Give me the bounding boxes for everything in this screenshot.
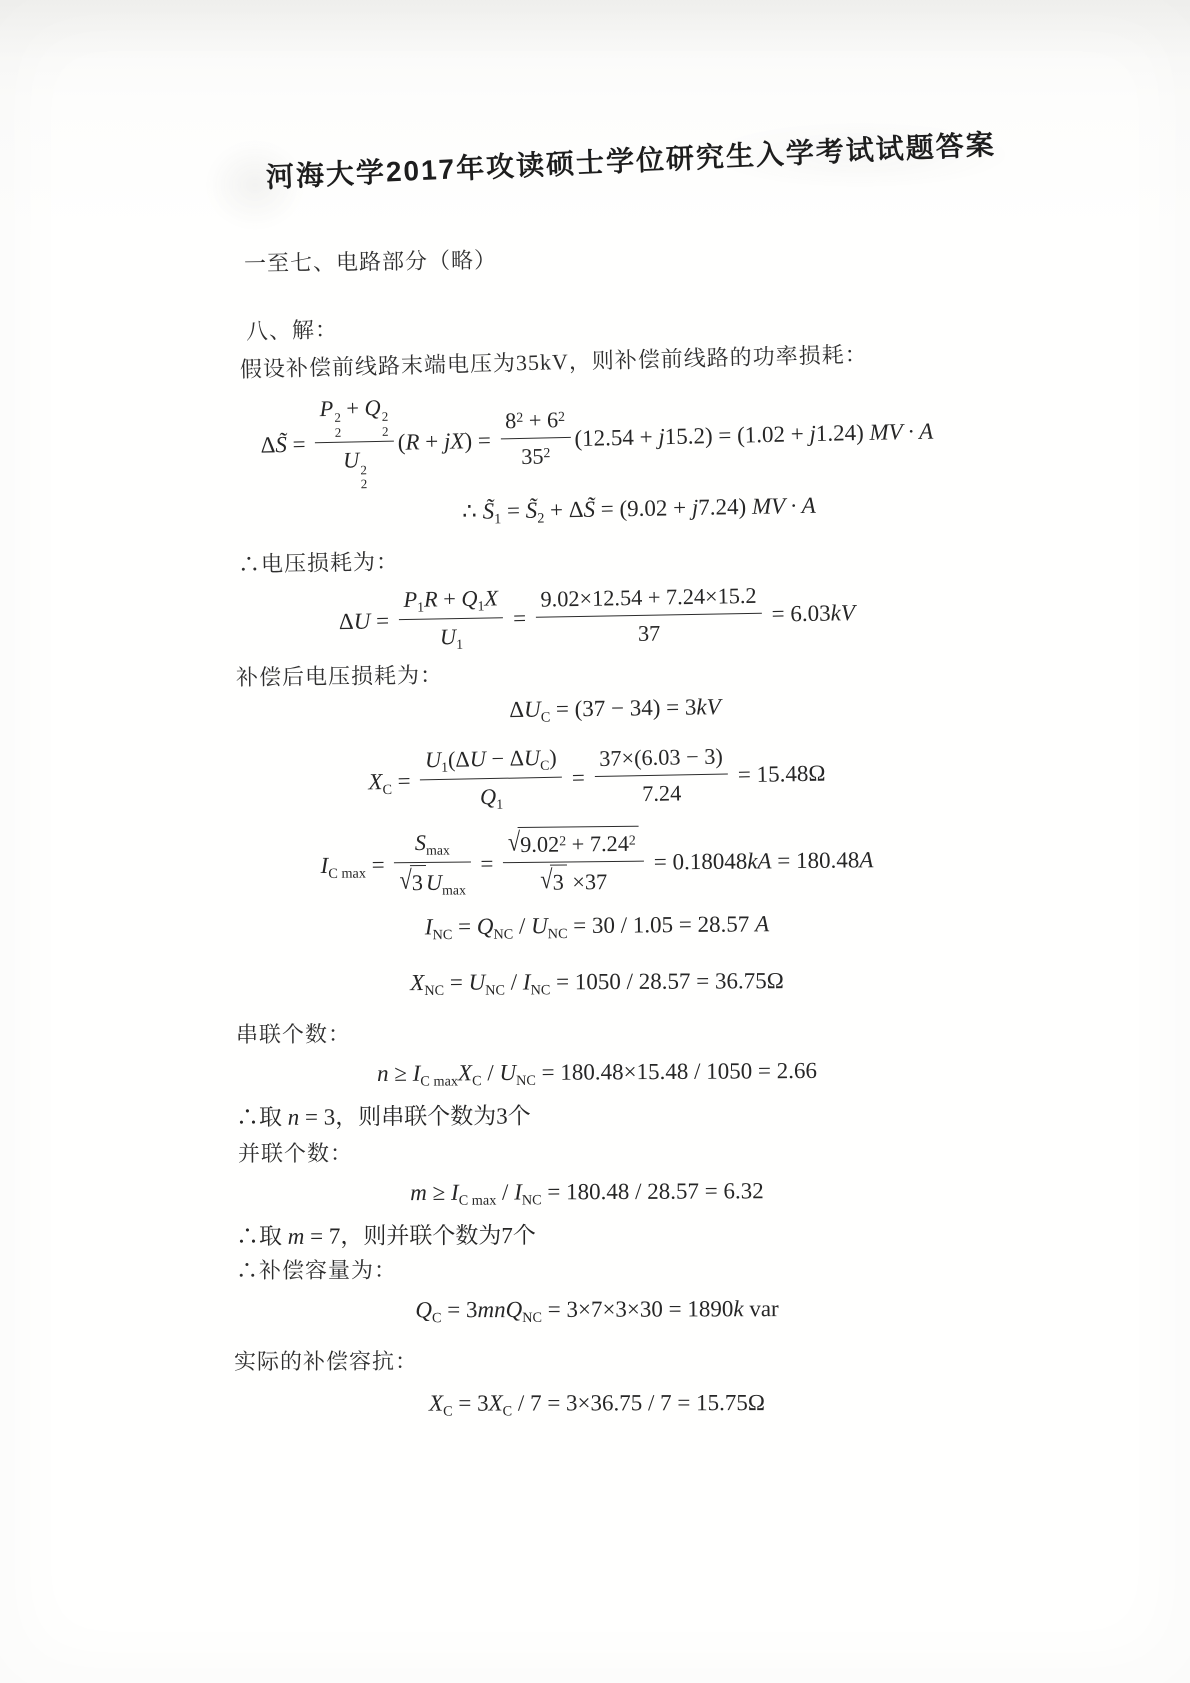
doc-line-f6: IC max = Smax√3Umax = √9.022 + 7.242√3 ×…	[232, 824, 963, 905]
doc-line-f10: m ≥ IC max / INC = 180.48 / 28.57 = 6.32	[222, 1174, 952, 1213]
doc-line-actual: 实际的补偿容抗：	[234, 1345, 962, 1378]
doc-line-f8: XNC = UNC / INC = 1050 / 28.57 = 36.75Ω	[232, 964, 962, 1003]
document-content: 河海大学2017年攻读硕士学位研究生入学考试试题答案 一至七、电路部分（略）八、…	[232, 136, 962, 1423]
doc-line-vloss: ∴电压损耗为：	[238, 535, 962, 581]
doc-line-capacity: ∴补偿容量为：	[236, 1253, 962, 1287]
doc-line-take-n: ∴取 n = 3，则串联个数为3个	[236, 1098, 962, 1134]
scanned-exam-answer-page: 河海大学2017年攻读硕士学位研究生入学考试试题答案 一至七、电路部分（略）八、…	[0, 0, 1190, 1683]
doc-line-take-m: ∴取 m = 7，则并联个数为7个	[236, 1219, 962, 1254]
doc-line-f7: INC = QNC / UNC = 30 / 1.05 = 28.57 A	[232, 907, 962, 948]
doc-line-part1to7: 一至七、电路部分（略）	[244, 238, 962, 280]
doc-line-parallel: 并联个数：	[238, 1136, 962, 1170]
doc-line-f11: QC = 3mnQNC = 3×7×3×30 = 1890k var	[232, 1293, 962, 1331]
doc-line-f5: XC = U1(ΔU − ΔUC)Q1 = 37×(6.03 − 3)7.24 …	[231, 737, 962, 822]
doc-line-f1: ΔS̃ = P22 + Q22U22(R + jX) = 82 + 62352(…	[231, 382, 963, 497]
doc-line-f12: XC = 3XC / 7 = 3×36.75 / 7 = 15.75Ω	[232, 1387, 962, 1423]
page-title: 河海大学2017年攻读硕士学位研究生入学考试试题答案	[265, 124, 962, 196]
doc-line-f4: ΔUC = (37 − 34) = 3kV	[250, 687, 980, 732]
doc-line-series: 串联个数：	[236, 1015, 962, 1051]
document-lines: 一至七、电路部分（略）八、解：假设补偿前线路末端电压为35kV，则补偿前线路的功…	[232, 248, 962, 1423]
scan-artifact-top-shade	[0, 0, 1190, 60]
doc-line-f9: n ≥ IC maxXC / UNC = 180.48×15.48 / 1050…	[232, 1054, 962, 1094]
doc-line-f3: ΔU = P1R + Q1XU1 = 9.02×12.54 + 7.24×15.…	[231, 578, 962, 662]
